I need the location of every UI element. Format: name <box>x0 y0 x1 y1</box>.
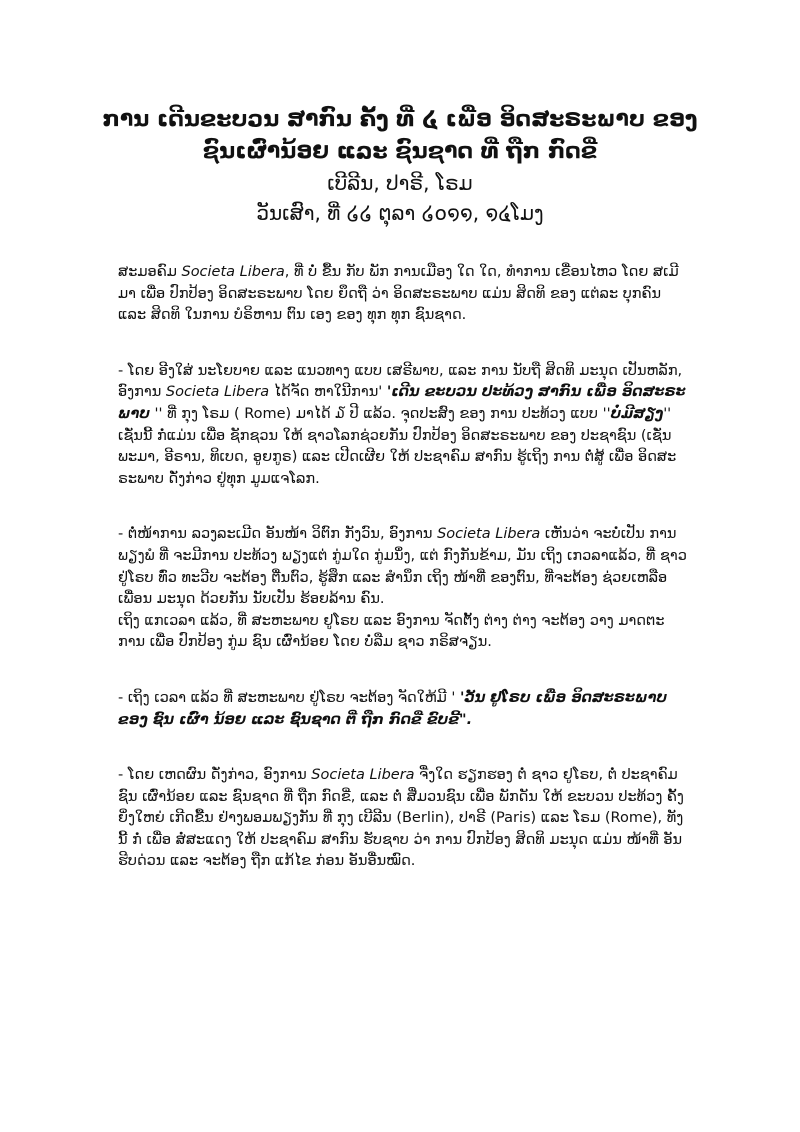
org-name: Societa Libera <box>166 384 269 400</box>
text: '' ທີ່ ກຸງ ໂຣມ ( Rome) ມາໄດ້ ໓ ປີ ແລ້ວ. … <box>150 406 611 422</box>
title-line-1: ການ ເດີນຂະບວນ ສາກົນ ຄັ້ງ ທີ່ ໔ ເພື່ອ ອິດ… <box>0 104 800 136</box>
text: - ເຖິງ ເວລາ ແລ້ວ ທີ່ ສະຫະພາບ ຢູ່ໂຣບ ຈະຕ້… <box>118 690 460 706</box>
document-header: ການ ເດີນຂະບວນ ສາກົນ ຄັ້ງ ທີ່ ໔ ເພື່ອ ອິດ… <box>0 104 800 228</box>
paragraph-intro: ສະມອຄົມ Societa Libera, ທີ່ ບໍ່ ຂື້ນ ກັບ… <box>118 262 688 327</box>
paragraph-call-to-action: - ໂດຍ ເຫດຜົນ ດັ່ງກ່າວ, ອົງການ Societa Li… <box>118 765 688 873</box>
event-date: ວັນເສົາ, ທີ່ ໒໒ ຕຸລາ ໒໐໑໑, ໑໔ໂມງ <box>0 198 800 228</box>
paragraph-background: - ໂດຍ ອີງໃສ່ ນະໂຍບາຍ ແລະ ແນວທາງ ແບບ ເສຣີ… <box>118 361 688 491</box>
event-cities: ເບີລີນ, ປາຣີ, ໂຣມ <box>0 168 800 198</box>
text: ໄດ້ຈັດ ຫາໃນີການ' <box>269 384 387 400</box>
text: ສະມອຄົມ <box>118 264 181 280</box>
text: ເຖິງ ແກເວລາ ແລ້ວ, ທີ່ ສະຫະພາບ ຢູໂຣບ ແລະ … <box>118 611 688 654</box>
paragraph-concerns: - ຕໍ່ໜ້າການ ລວງລະເມີດ ອັນໜ້າ ວິຕົກ ກັງວົ… <box>118 524 688 654</box>
org-name: Societa Libera <box>437 526 540 542</box>
org-name: Societa Libera <box>181 264 284 280</box>
document-body: ສະມອຄົມ Societa Libera, ທີ່ ບໍ່ ຂື້ນ ກັບ… <box>118 262 688 907</box>
title-line-2: ຊົນເຜົ່ານ້ອຍ ແລະ ຊົນຊາດ ທີ່ ຖືກ ກົດຂີ່ <box>0 136 800 168</box>
silent-quote: ບໍ່ມີສຽງ <box>611 406 664 422</box>
document-page: ການ ເດີນຂະບວນ ສາກົນ ຄັ້ງ ທີ່ ໔ ເພື່ອ ອິດ… <box>0 0 800 1132</box>
paragraph-eu-day: - ເຖິງ ເວລາ ແລ້ວ ທີ່ ສະຫະພາບ ຢູ່ໂຣບ ຈະຕ້… <box>118 688 688 731</box>
text: - ໂດຍ ເຫດຜົນ ດັ່ງກ່າວ, ອົງການ <box>118 767 311 783</box>
org-name: Societa Libera <box>311 767 414 783</box>
text: - ຕໍ່ໜ້າການ ລວງລະເມີດ ອັນໜ້າ ວິຕົກ ກັງວົ… <box>118 526 437 542</box>
